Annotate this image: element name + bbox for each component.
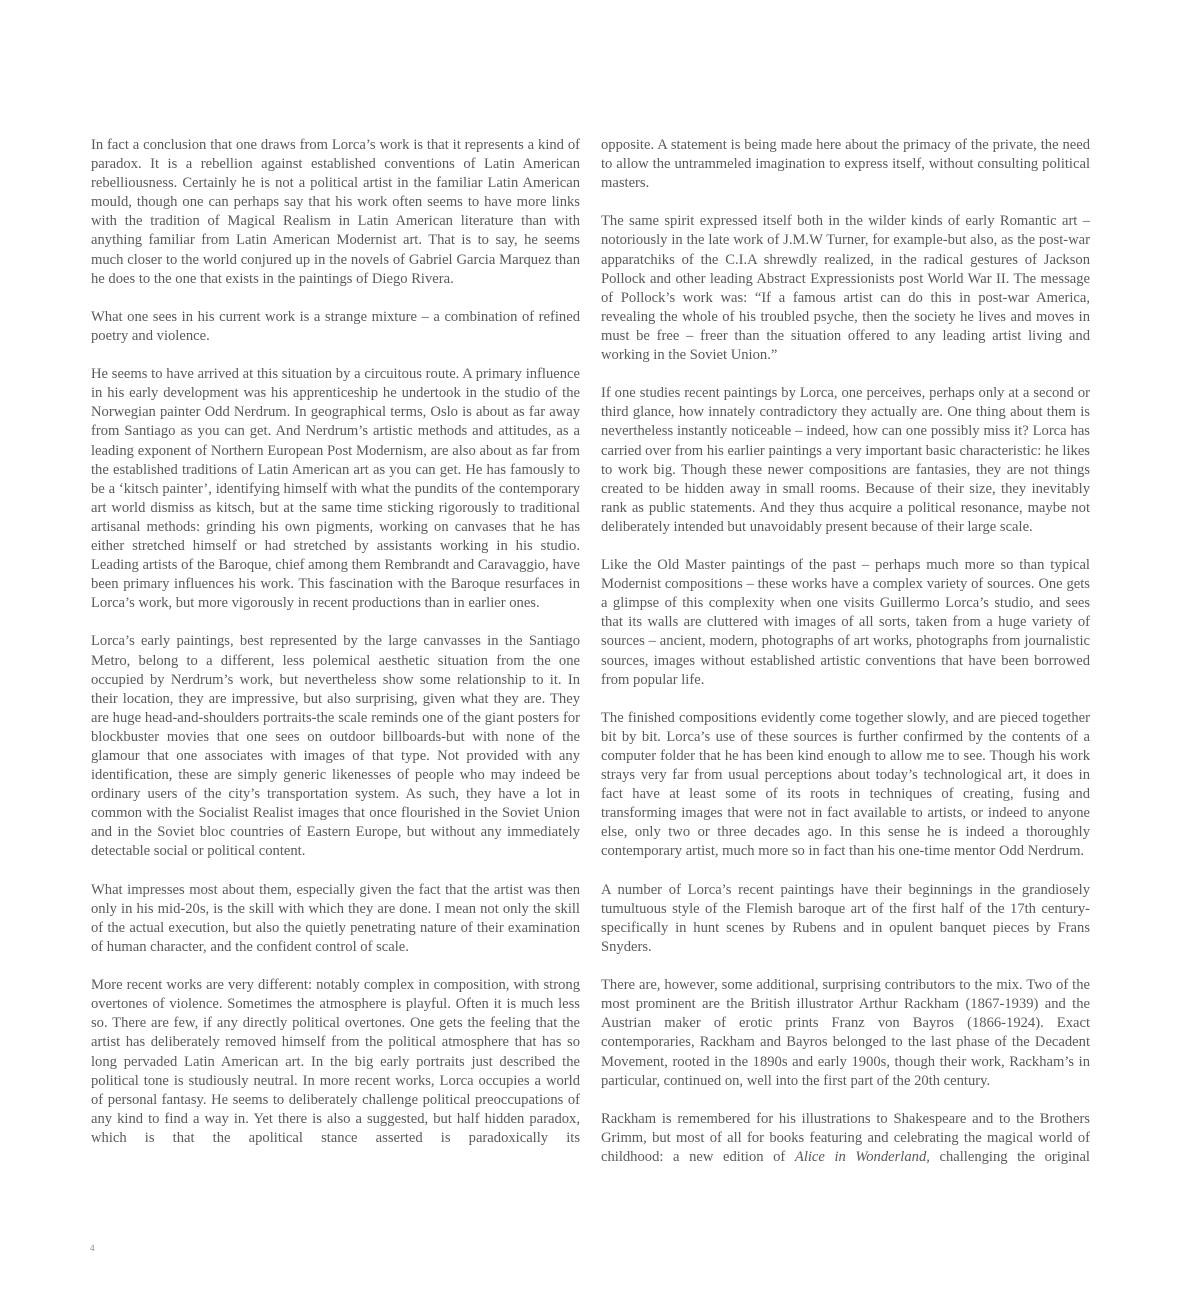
paragraph-continuation: opposite. A statement is being made here… bbox=[601, 136, 1090, 193]
text-run: challenging the original bbox=[930, 1149, 1090, 1165]
paragraph: If one studies recent paintings by Lorca… bbox=[601, 384, 1090, 537]
paragraph: Like the Old Master paintings of the pas… bbox=[601, 556, 1090, 690]
paragraph: What impresses most about them, especial… bbox=[91, 881, 580, 957]
left-column: In fact a conclusion that one draws from… bbox=[91, 136, 580, 1148]
right-column: opposite. A statement is being made here… bbox=[601, 136, 1090, 1167]
paragraph: Lorca’s early paintings, best represente… bbox=[91, 632, 580, 861]
paragraph: The same spirit expressed itself both in… bbox=[601, 212, 1090, 365]
book-title: Alice in Wonderland, bbox=[795, 1149, 930, 1165]
page-number: 4 bbox=[90, 1243, 95, 1253]
paragraph-continued: More recent works are very different: no… bbox=[91, 976, 580, 1148]
paragraph: There are, however, some additional, sur… bbox=[601, 976, 1090, 1091]
paragraph: The finished compositions evidently come… bbox=[601, 709, 1090, 862]
paragraph: In fact a conclusion that one draws from… bbox=[91, 136, 580, 289]
document-page: In fact a conclusion that one draws from… bbox=[0, 0, 1178, 1300]
paragraph: What one sees in his current work is a s… bbox=[91, 308, 580, 346]
paragraph-continued: Rackham is remembered for his illustrati… bbox=[601, 1110, 1090, 1167]
paragraph: He seems to have arrived at this situati… bbox=[91, 365, 580, 613]
paragraph: A number of Lorca’s recent paintings hav… bbox=[601, 881, 1090, 957]
